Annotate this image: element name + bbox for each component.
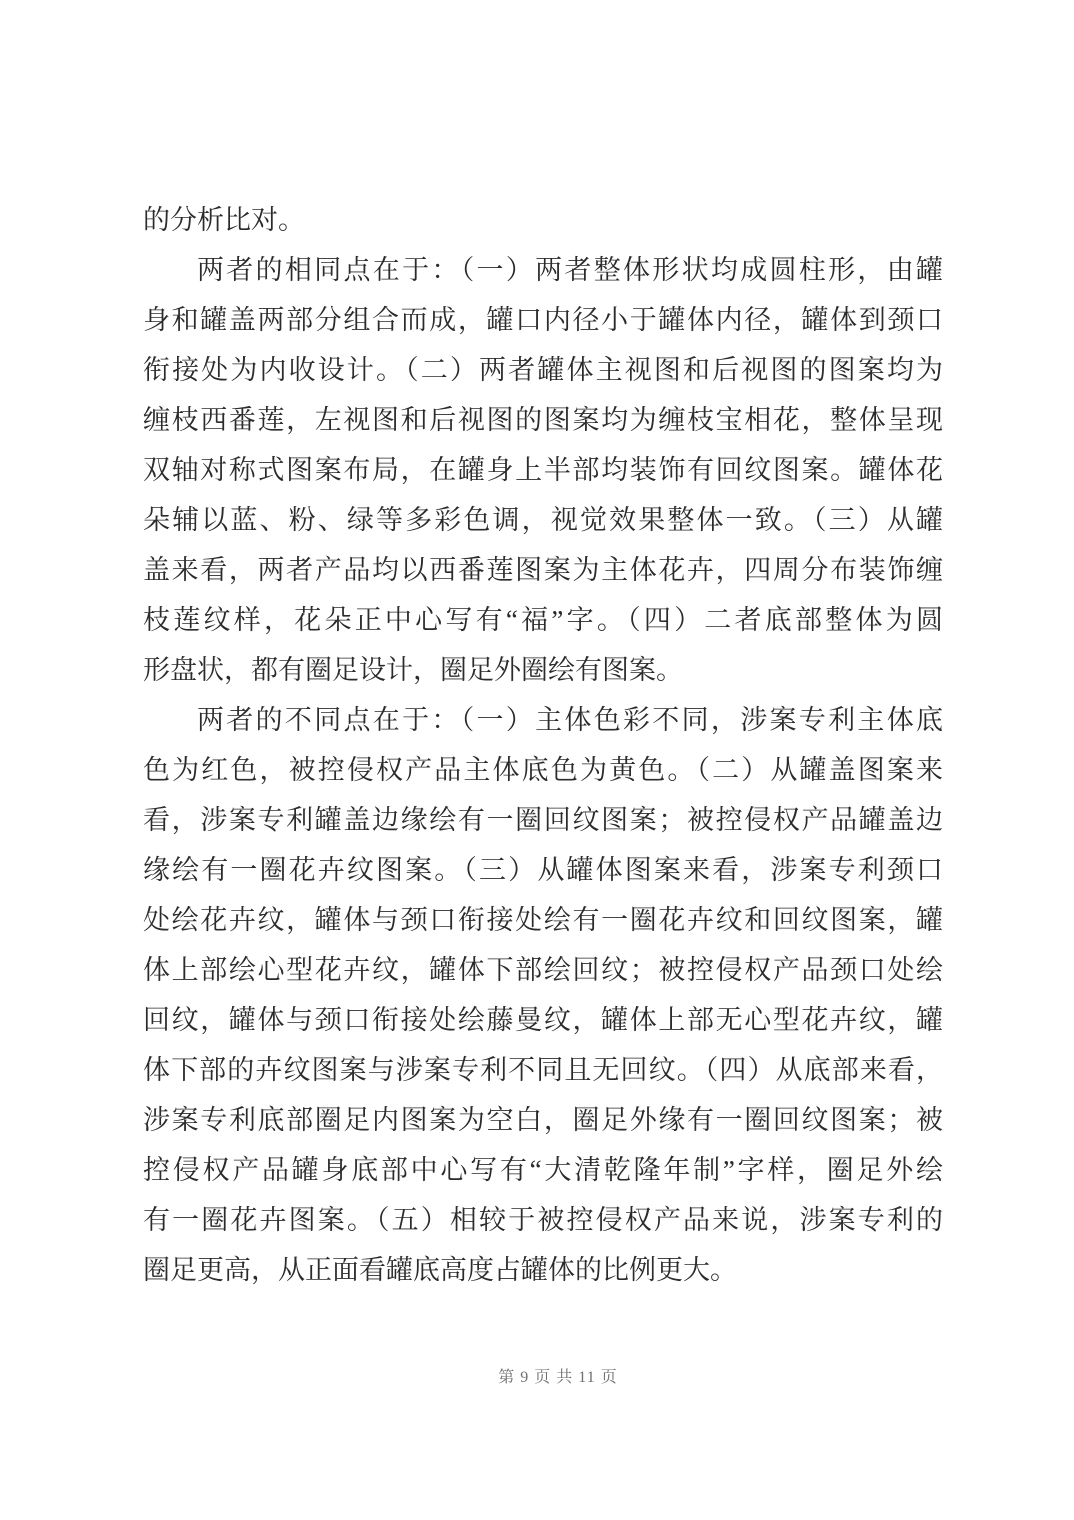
text-line: 体下部的卉纹图案与涉案专利不同且无回纹。（四）从底部来看， bbox=[143, 1045, 943, 1095]
text-line: 枝莲纹样，花朵正中心写有“福”字。（四）二者底部整体为圆 bbox=[143, 595, 943, 645]
text-line: 控侵权产品罐身底部中心写有“大清乾隆年制”字样，圈足外绘 bbox=[143, 1145, 943, 1195]
document-page: 的分析比对。 两者的相同点在于：（一）两者整体形状均成圆柱形，由罐 身和罐盖两部… bbox=[0, 0, 1074, 1520]
text-line: 处绘花卉纹，罐体与颈口衔接处绘有一圈花卉纹和回纹图案，罐 bbox=[143, 895, 943, 945]
text-line: 体上部绘心型花卉纹，罐体下部绘回纹；被控侵权产品颈口处绘 bbox=[143, 945, 943, 995]
body-text: 的分析比对。 两者的相同点在于：（一）两者整体形状均成圆柱形，由罐 身和罐盖两部… bbox=[143, 195, 943, 1295]
text-line: 两者的不同点在于：（一）主体色彩不同，涉案专利主体底 bbox=[143, 695, 943, 745]
text-line: 色为红色，被控侵权产品主体底色为黄色。（二）从罐盖图案来 bbox=[143, 745, 943, 795]
text-line: 朵辅以蓝、粉、绿等多彩色调，视觉效果整体一致。（三）从罐 bbox=[143, 495, 943, 545]
text-line: 圈足更高，从正面看罐底高度占罐体的比例更大。 bbox=[143, 1245, 943, 1295]
text-line: 缠枝西番莲，左视图和后视图的图案均为缠枝宝相花，整体呈现 bbox=[143, 395, 943, 445]
text-line: 的分析比对。 bbox=[143, 195, 943, 245]
text-line: 缘绘有一圈花卉纹图案。（三）从罐体图案来看，涉案专利颈口 bbox=[143, 845, 943, 895]
text-line: 两者的相同点在于：（一）两者整体形状均成圆柱形，由罐 bbox=[143, 245, 943, 295]
text-line: 回纹，罐体与颈口衔接处绘藤曼纹，罐体上部无心型花卉纹，罐 bbox=[143, 995, 943, 1045]
text-line: 有一圈花卉图案。（五）相较于被控侵权产品来说，涉案专利的 bbox=[143, 1195, 943, 1245]
text-line: 盖来看，两者产品均以西番莲图案为主体花卉，四周分布装饰缠 bbox=[143, 545, 943, 595]
page-footer: 第 9 页 共 11 页 bbox=[158, 1364, 958, 1392]
text-line: 衔接处为内收设计。（二）两者罐体主视图和后视图的图案均为 bbox=[143, 345, 943, 395]
text-line: 双轴对称式图案布局，在罐身上半部均装饰有回纹图案。罐体花 bbox=[143, 445, 943, 495]
text-line: 看，涉案专利罐盖边缘绘有一圈回纹图案；被控侵权产品罐盖边 bbox=[143, 795, 943, 845]
text-line: 身和罐盖两部分组合而成，罐口内径小于罐体内径，罐体到颈口 bbox=[143, 295, 943, 345]
text-line: 形盘状，都有圈足设计，圈足外圈绘有图案。 bbox=[143, 645, 943, 695]
text-line: 涉案专利底部圈足内图案为空白，圈足外缘有一圈回纹图案；被 bbox=[143, 1095, 943, 1145]
